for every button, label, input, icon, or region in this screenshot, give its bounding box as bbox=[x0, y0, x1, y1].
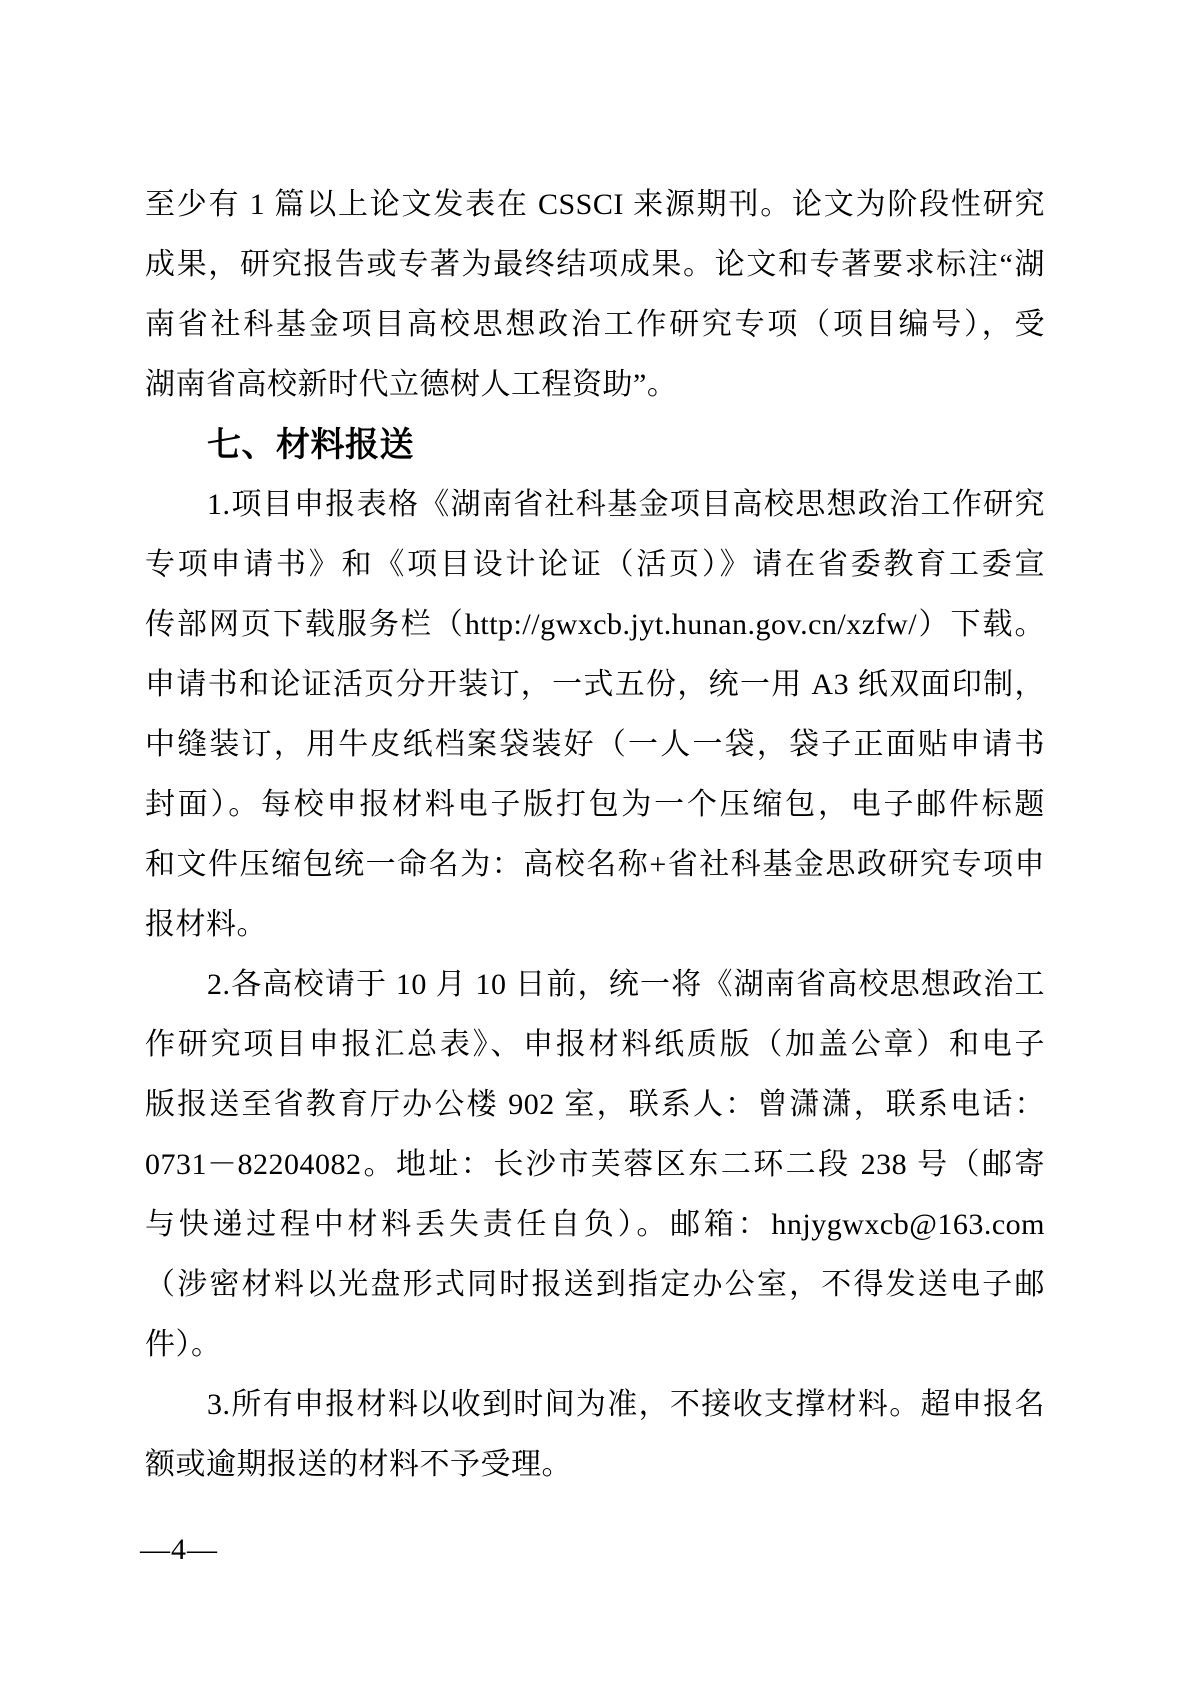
text-line: 成果，研究报告或专著为最终结项成果。论文和专著要求标注“湖 bbox=[145, 235, 1045, 295]
text-line: 专项申请书》和《项目设计论证（活页）》请在省委教育工委宣 bbox=[145, 535, 1045, 595]
text-line: 中缝装订，用牛皮纸档案袋装好（一人一袋，袋子正面贴申请书 bbox=[145, 715, 1045, 775]
text-line: 与快递过程中材料丢失责任自负）。邮箱：hnjygwxcb@163.com bbox=[145, 1195, 1045, 1255]
text-line: 南省社科基金项目高校思想政治工作研究专项（项目编号），受 bbox=[145, 295, 1045, 355]
heading-text-line: 七、材料报送 bbox=[145, 415, 1045, 475]
document-body: 至少有 1 篇以上论文发表在 CSSCI 来源期刊。论文为阶段性研究成果，研究报… bbox=[145, 175, 1045, 1495]
text-line: 版报送至省教育厅办公楼 902 室，联系人：曾潇潇，联系电话： bbox=[145, 1075, 1045, 1135]
page-number: —4— bbox=[140, 1520, 218, 1580]
text-line: 额或逾期报送的材料不予受理。 bbox=[145, 1435, 1045, 1495]
text-line: 件）。 bbox=[145, 1315, 1045, 1375]
text-line: 报材料。 bbox=[145, 895, 1045, 955]
text-line: 3.所有申报材料以收到时间为准，不接收支撑材料。超申报名 bbox=[145, 1375, 1045, 1435]
text-line: 申请书和论证活页分开装订，一式五份，统一用 A3 纸双面印制， bbox=[145, 655, 1045, 715]
text-line: 封面）。每校申报材料电子版打包为一个压缩包，电子邮件标题 bbox=[145, 775, 1045, 835]
text-line: 至少有 1 篇以上论文发表在 CSSCI 来源期刊。论文为阶段性研究 bbox=[145, 175, 1045, 235]
text-line: 作研究项目申报汇总表》、申报材料纸质版（加盖公章）和电子 bbox=[145, 1015, 1045, 1075]
text-line: 湖南省高校新时代立德树人工程资助”。 bbox=[145, 355, 1045, 415]
document-page: 至少有 1 篇以上论文发表在 CSSCI 来源期刊。论文为阶段性研究成果，研究报… bbox=[0, 0, 1191, 1684]
paragraph: 2.各高校请于 10 月 10 日前，统一将《湖南省高校思想政治工作研究项目申报… bbox=[145, 955, 1045, 1375]
paragraph: 至少有 1 篇以上论文发表在 CSSCI 来源期刊。论文为阶段性研究成果，研究报… bbox=[145, 175, 1045, 415]
text-line: 1.项目申报表格《湖南省社科基金项目高校思想政治工作研究 bbox=[145, 475, 1045, 535]
paragraph: 1.项目申报表格《湖南省社科基金项目高校思想政治工作研究专项申请书》和《项目设计… bbox=[145, 475, 1045, 955]
text-line: （涉密材料以光盘形式同时报送到指定办公室，不得发送电子邮 bbox=[145, 1255, 1045, 1315]
text-line: 传部网页下载服务栏（http://gwxcb.jyt.hunan.gov.cn/… bbox=[145, 595, 1045, 655]
text-line: 2.各高校请于 10 月 10 日前，统一将《湖南省高校思想政治工 bbox=[145, 955, 1045, 1015]
paragraph: 3.所有申报材料以收到时间为准，不接收支撑材料。超申报名额或逾期报送的材料不予受… bbox=[145, 1375, 1045, 1495]
text-line: 和文件压缩包统一命名为：高校名称+省社科基金思政研究专项申 bbox=[145, 835, 1045, 895]
text-line: 0731－82204082。地址：长沙市芙蓉区东二环二段 238 号（邮寄 bbox=[145, 1135, 1045, 1195]
section-heading: 七、材料报送 bbox=[145, 415, 1045, 475]
